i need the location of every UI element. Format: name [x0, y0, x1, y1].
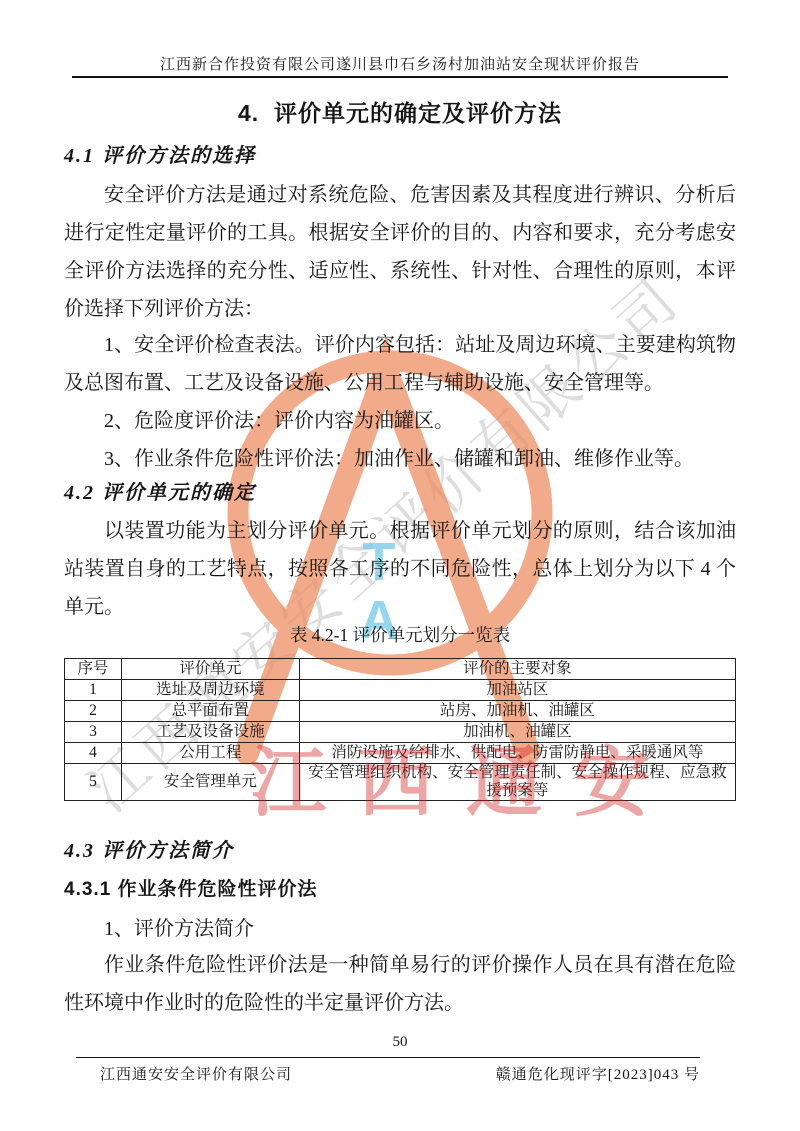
chapter-title: 4. 评价单元的确定及评价方法: [0, 95, 800, 128]
table-cell: 加油站区: [299, 680, 735, 701]
table-cell: 工艺及设备设施: [122, 722, 300, 743]
section-4-3-heading: 4.3 评价方法简介: [64, 834, 736, 863]
page-number: 50: [0, 1034, 800, 1051]
table-caption: 表 4.2-1 评价单元划分一览表: [0, 622, 800, 647]
list-item: 3、作业条件危险性评价法：加油作业、储罐和卸油、维修作业等。: [64, 440, 736, 478]
section-4-2-paragraph: 以装置功能为主划分评价单元。根据评价单元划分的原则，结合该加油站装置自身的工艺特…: [64, 512, 736, 626]
section-4-2-heading: 4.2 评价单元的确定: [64, 476, 736, 505]
table-cell: 4: [65, 743, 122, 764]
footer-doc-number: 赣通危化现评字[2023]043 号: [496, 1063, 700, 1084]
footer-company: 江西通安安全评价有限公司: [100, 1063, 292, 1084]
header-rule: [72, 76, 728, 78]
section-4-3-1-paragraph: 作业条件危险性评价法是一种简单易行的评价操作人员在具有潜在危险性环境中作业时的危…: [64, 946, 736, 1022]
table-cell: 选址及周边环境: [122, 680, 300, 701]
table-row: 5安全管理单元安全管理组织机构、安全管理责任制、安全操作规程、应急救援预案等: [65, 764, 736, 801]
table-cell: 安全管理组织机构、安全管理责任制、安全操作规程、应急救援预案等: [299, 764, 735, 801]
table-header-cell: 评价单元: [122, 659, 300, 680]
table-cell: 站房、加油机、油罐区: [299, 701, 735, 722]
table-row: 3工艺及设备设施加油机、油罐区: [65, 722, 736, 743]
table-row: 4公用工程消防设施及给排水、供配电、防雷防静电、采暖通风等: [65, 743, 736, 764]
table-row: 1选址及周边环境加油站区: [65, 680, 736, 701]
table-header-row: 序号 评价单元 评价的主要对象: [65, 659, 736, 680]
table-cell: 安全管理单元: [122, 764, 300, 801]
list-item: 1、评价方法简介: [64, 910, 736, 948]
table-cell: 2: [65, 701, 122, 722]
list-item: 1、安全评价检查表法。评价内容包括：站址及周边环境、主要建构筑物及总图布置、工艺…: [64, 326, 736, 402]
footer-rule: [76, 1057, 700, 1058]
table-cell: 5: [65, 764, 122, 801]
table-header-cell: 评价的主要对象: [299, 659, 735, 680]
table-cell: 加油机、油罐区: [299, 722, 735, 743]
table-cell: 消防设施及给排水、供配电、防雷防静电、采暖通风等: [299, 743, 735, 764]
report-header-title: 江西新合作投资有限公司遂川县巾石乡汤村加油站安全现状评价报告: [0, 53, 800, 74]
section-4-1-paragraph: 安全评价方法是通过对系统危险、危害因素及其程度进行辨识、分析后进行定性定量评价的…: [64, 176, 736, 328]
table-cell: 总平面布置: [122, 701, 300, 722]
evaluation-unit-table: 序号 评价单元 评价的主要对象 1选址及周边环境加油站区2总平面布置站房、加油机…: [64, 658, 736, 801]
table-cell: 1: [65, 680, 122, 701]
report-page: 江西通安安全评价有限公司 TA 江西通安 江西新合作投资有限公司遂川县巾石乡汤村…: [0, 0, 800, 1131]
section-4-3-1-heading: 4.3.1 作业条件危险性评价法: [64, 874, 736, 901]
table-cell: 公用工程: [122, 743, 300, 764]
table-header-cell: 序号: [65, 659, 122, 680]
list-item: 2、危险度评价法：评价内容为油罐区。: [64, 402, 736, 440]
table-cell: 3: [65, 722, 122, 743]
table-row: 2总平面布置站房、加油机、油罐区: [65, 701, 736, 722]
section-4-1-heading: 4.1 评价方法的选择: [64, 139, 736, 168]
